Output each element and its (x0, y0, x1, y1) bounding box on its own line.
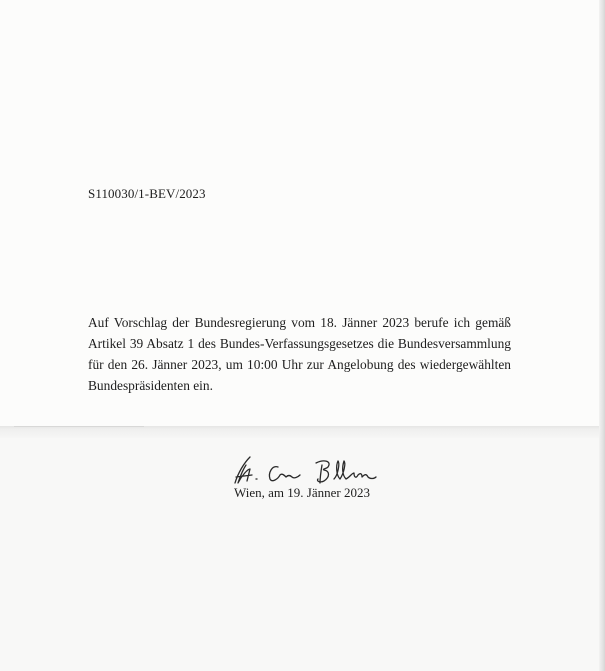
place-and-date: Wien, am 19. Jänner 2023 (234, 485, 370, 501)
reference-number: S110030/1-BEV/2023 (88, 186, 206, 202)
paper-fold-shadow (0, 426, 600, 438)
signature-icon (232, 455, 378, 487)
paper-fold-line (14, 426, 144, 427)
scanned-document-page: S110030/1-BEV/2023 Auf Vorschlag der Bun… (0, 0, 605, 671)
body-paragraph: Auf Vorschlag der Bundesregierung vom 18… (88, 312, 511, 396)
paper-right-edge (599, 0, 605, 671)
